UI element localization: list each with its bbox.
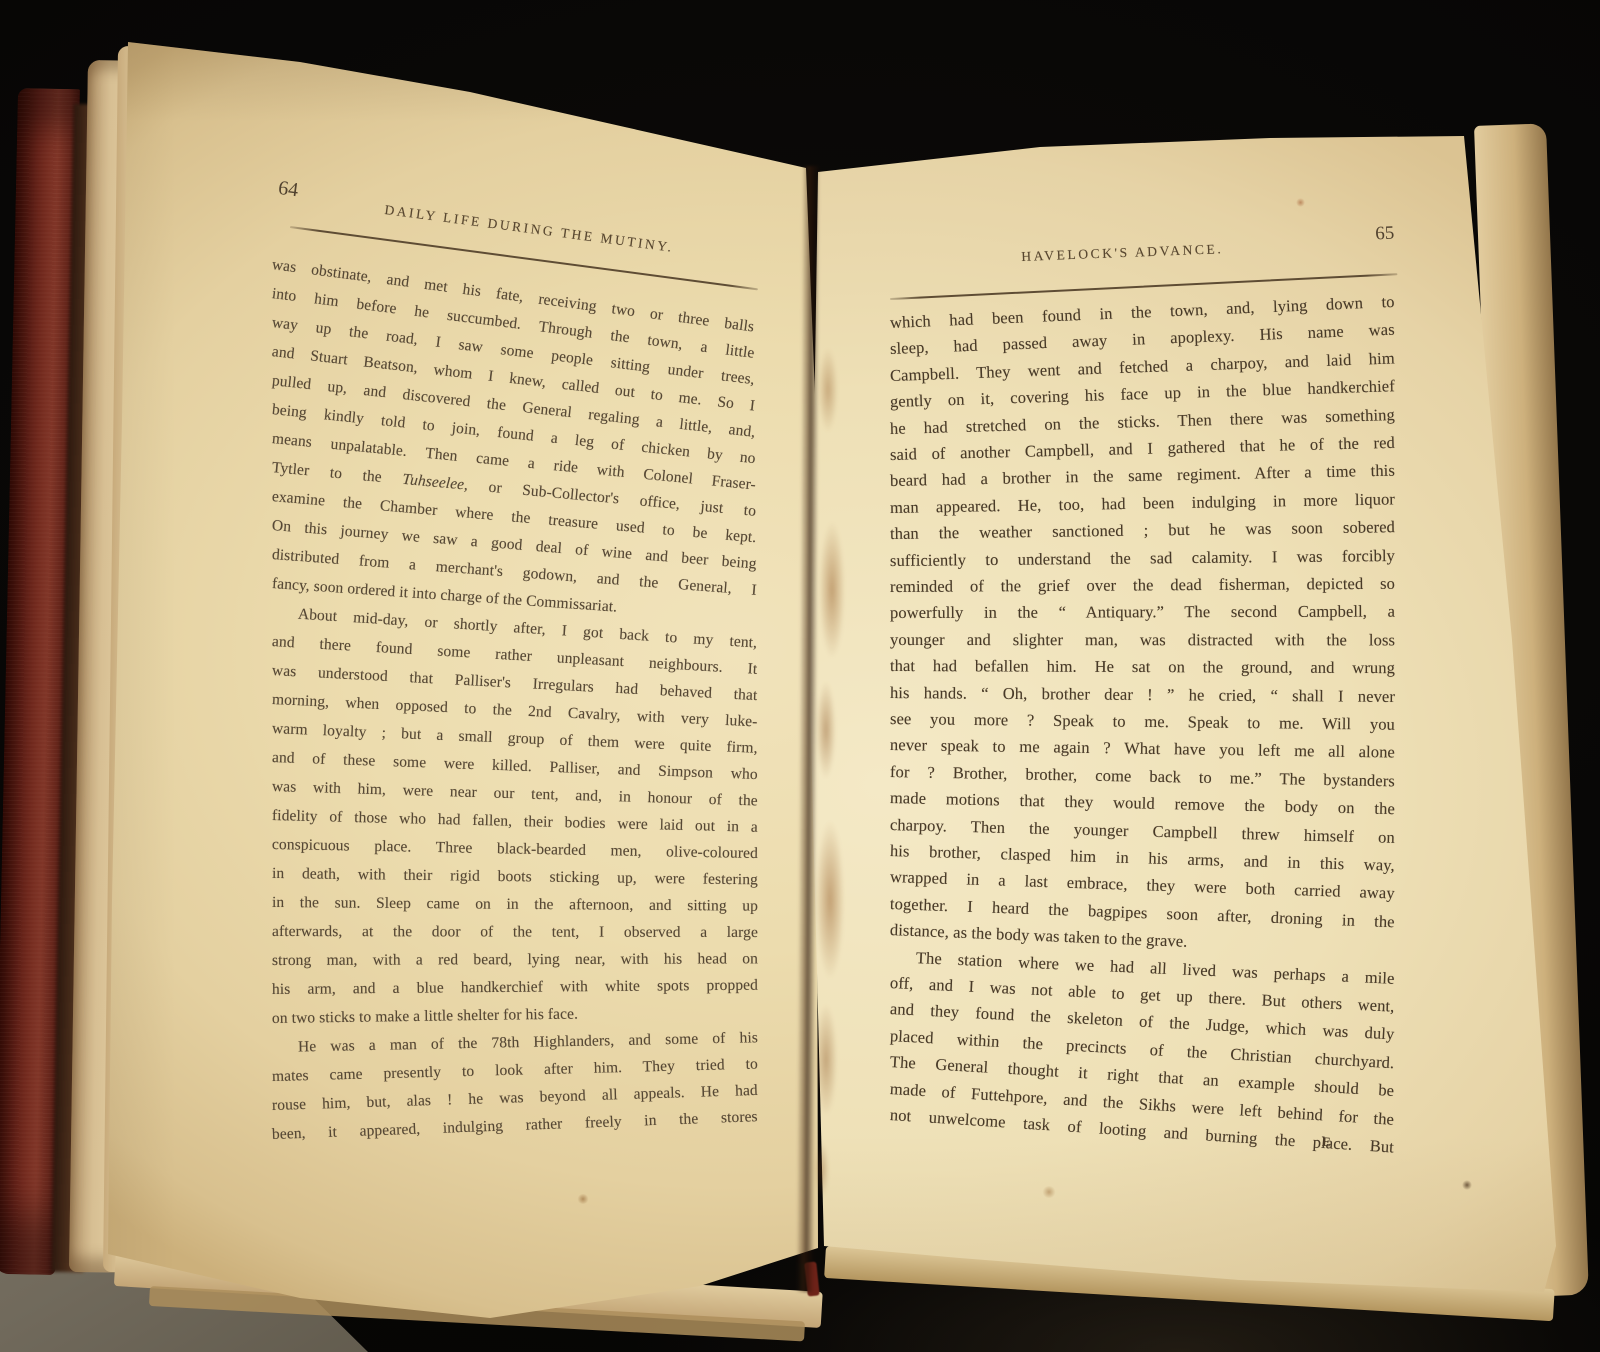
gutter-stain <box>766 260 890 1270</box>
foxing-spot <box>1296 198 1305 207</box>
foxing-spot <box>1462 1180 1472 1190</box>
open-book-photo: 64 DAILY LIFE DURING THE MUTINY. HAVELOC… <box>0 0 1600 1352</box>
foxing-spot <box>577 1194 589 1204</box>
foxing-spot <box>1042 1186 1056 1198</box>
page-number-left: 64 <box>277 177 300 202</box>
page-number-right: 65 <box>1375 223 1395 246</box>
signature-mark: E <box>1322 1134 1332 1151</box>
